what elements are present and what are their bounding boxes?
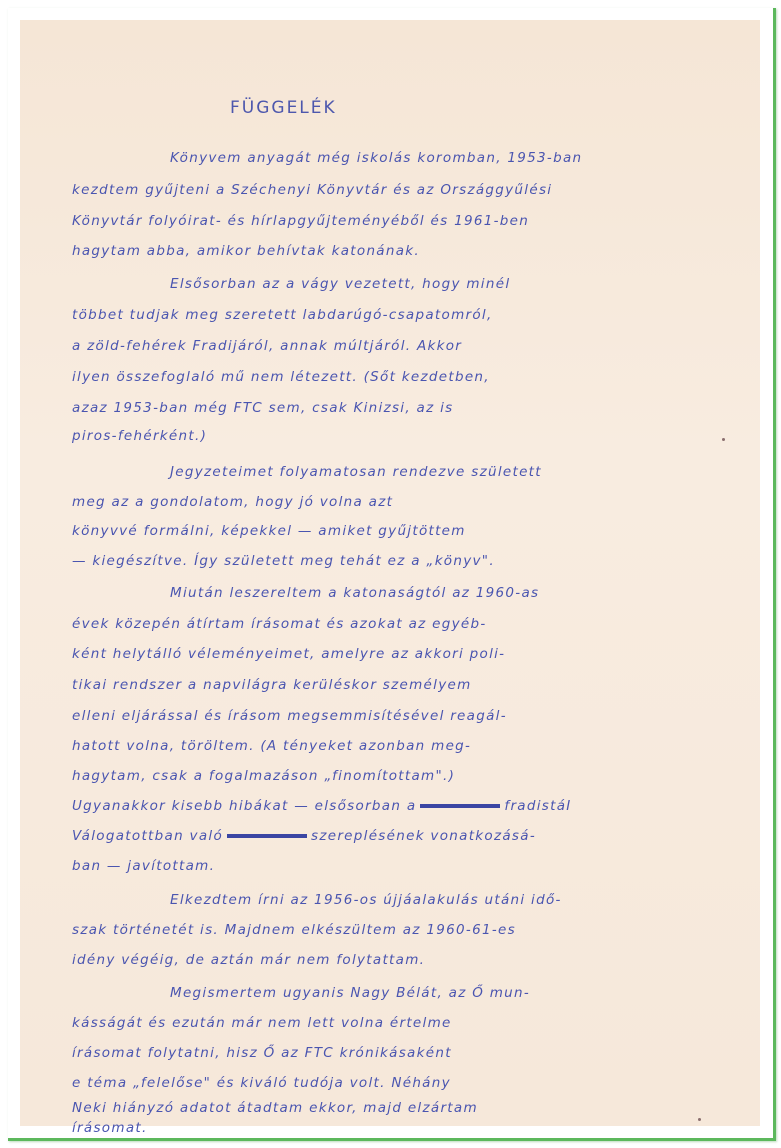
text-line-with-strikeout: Ugyanakkor kisebb hibákat — elsősorban a… <box>72 798 762 814</box>
text-line: kezdtem gyűjteni a Széchenyi Könyvtár és… <box>72 182 762 198</box>
text-line: tikai rendszer a napvilágra kerüléskor s… <box>72 677 762 693</box>
text-line: azaz 1953-ban még FTC sem, csak Kinizsi,… <box>72 400 762 416</box>
text-line: piros-fehérként.) <box>72 428 762 444</box>
text-line: írásomat. <box>72 1120 762 1136</box>
text-line: hatott volna, töröltem. (A tényeket azon… <box>72 738 762 754</box>
text-line-with-strikeout: Válogatottban valószereplésének vonatkoz… <box>72 828 762 844</box>
text-line: e téma „felelőse" és kiváló tudója volt.… <box>72 1075 762 1091</box>
strikeout-mark <box>227 834 307 838</box>
text-line: elleni eljárással és írásom megsemmisíté… <box>72 708 762 724</box>
text-line: Miután leszereltem a katonaságtól az 196… <box>170 585 781 601</box>
ink-dot <box>722 438 725 441</box>
text-line: Elsősorban az a vágy vezetett, hogy miné… <box>170 276 781 292</box>
text-line: ként helytálló véleményeimet, amelyre az… <box>72 646 762 662</box>
text-line: Könyvtár folyóirat- és hírlapgyűjteményé… <box>72 213 762 229</box>
text-fragment: Ugyanakkor kisebb hibákat — elsősorban a <box>72 798 416 814</box>
handwritten-page: FÜGGELÉK Könyvem anyagát még iskolás kor… <box>20 20 760 1126</box>
text-line: ban — javítottam. <box>72 858 762 874</box>
ink-dot <box>698 1118 701 1121</box>
text-fragment: fradistáI <box>504 798 571 814</box>
text-line: Elkezdtem írni az 1956-os újjáalakulás u… <box>170 892 781 908</box>
text-line: írásomat folytatni, hisz Ő az FTC krónik… <box>72 1045 762 1061</box>
text-line: Megismertem ugyanis Nagy Bélát, az Ő mun… <box>170 985 781 1001</box>
text-line: hagytam abba, amikor behívtak katonának. <box>72 243 762 259</box>
text-line: — kiegészítve. Így született meg tehát e… <box>72 553 762 569</box>
text-line: évek közepén átírtam írásomat és azokat … <box>72 616 762 632</box>
text-line: ilyen összefoglaló mű nem létezett. (Sőt… <box>72 369 762 385</box>
text-line: könyvvé formálni, képekkel — amiket gyűj… <box>72 523 762 539</box>
text-line: Jegyzeteimet folyamatosan rendezve szüle… <box>170 464 781 480</box>
strikeout-mark <box>420 804 500 808</box>
text-fragment: Válogatottban való <box>72 828 223 844</box>
text-line: hagytam, csak a fogalmazáson „finomított… <box>72 768 762 784</box>
text-fragment: szereplésének vonatkozásá- <box>311 828 536 844</box>
text-line: szak történetét is. Majdnem elkészültem … <box>72 922 762 938</box>
text-line: Neki hiányzó adatot átadtam ekkor, majd … <box>72 1100 762 1116</box>
text-line: többet tudjak meg szeretett labdarúgó-cs… <box>72 307 762 323</box>
text-line: Könyvem anyagát még iskolás koromban, 19… <box>170 150 781 166</box>
page-title: FÜGGELÉK <box>230 98 337 118</box>
text-line: a zöld-fehérek Fradijáról, annak múltjár… <box>72 338 762 354</box>
text-line: kásságát és ezután már nem lett volna ér… <box>72 1015 762 1031</box>
text-line: meg az a gondolatom, hogy jó volna azt <box>72 494 762 510</box>
text-line: idény végéig, de aztán már nem folytatta… <box>72 952 762 968</box>
